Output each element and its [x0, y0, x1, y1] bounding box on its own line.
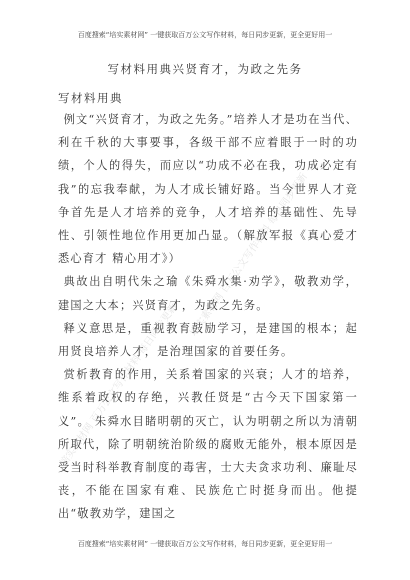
paragraph-meaning: 释义意思是，重视教育鼓励学习，是建国的根本；起用贤良培养人才，是治理国家的首要任…	[58, 317, 358, 363]
footer-promo-banner: 百度搜索“培实素材网” 一键获取百万公文写作材料，每日同步更新，更全更好用一	[0, 539, 410, 549]
paragraph-source: 典故出自明代朱之瑜《朱舜水集·劝学》，敬教劝学，建国之大本；兴贤育才，为政之先务…	[58, 270, 358, 316]
header-promo-banner: 百度搜索“培实素材网” 一键获取百万公文写作材料，每日同步更新，更全更好用一	[0, 30, 410, 40]
document-body: 例文“兴贤育才，为政之先务。”培养人才是功在当代、利在千秋的大事要事，各级干部不…	[58, 108, 358, 526]
paragraph-example: 例文“兴贤育才，为政之先务。”培养人才是功在当代、利在千秋的大事要事，各级干部不…	[58, 108, 358, 270]
paragraph-analysis: 赏析教育的作用，关系着国家的兴衰；人才的培养，维系着政权的存绝，兴教任贤是“古今…	[58, 363, 358, 525]
document-page: 百度搜索“培实素材网” 一键获取百万公文写作材料，每日同步更新，更全更好用一 写…	[0, 0, 410, 580]
document-title: 写材料用典兴贤育才，为政之先务	[0, 61, 410, 77]
section-heading: 写材料用典	[58, 90, 123, 106]
